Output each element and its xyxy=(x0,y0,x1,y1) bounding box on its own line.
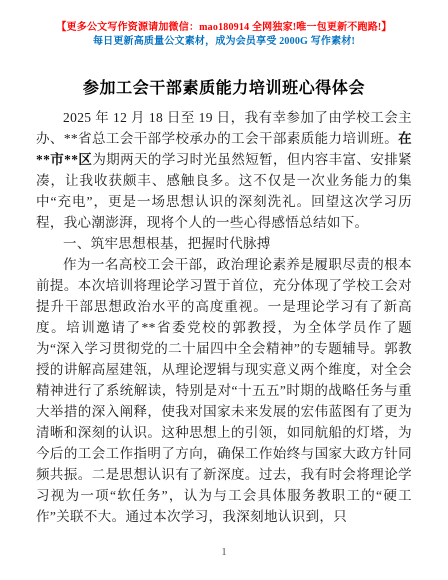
promo-line-blue: 每日更新高质量公文素材，成为会员享受 2000G 写作素材! xyxy=(36,36,412,48)
paragraph-section-1-body: 作为一名高校工会干部，政治理论素养是履职尽责的根本前提。本次培训将理论学习置于首… xyxy=(36,254,412,527)
document-title: 参加工会干部素质能力培训班心得体会 xyxy=(36,78,412,100)
paragraph-intro: 2025 年 12 月 18 日至 19 日，我有幸参加了由学校工会主办、**省… xyxy=(36,107,412,233)
page-number: 1 xyxy=(0,546,448,558)
document-body: 2025 年 12 月 18 日至 19 日，我有幸参加了由学校工会主办、**省… xyxy=(36,107,412,527)
promo-line-red: 【更多公文写作资源请加微信：mao180914 全网独家!唯一包更新不跑路!】 xyxy=(36,22,412,34)
section-1-heading: 一、筑牢思想根基，把握时代脉搏 xyxy=(36,233,412,254)
paragraph-intro-text-end: 为期两天的学习时光虽然短暂，但内容丰富、安排紧凑，让我收获颇丰、感触良多。这不仅… xyxy=(36,152,412,230)
paragraph-intro-text-start: 2025 年 12 月 18 日至 19 日，我有幸参加了由学校工会主办、**省… xyxy=(36,110,412,146)
document-page: 【更多公文写作资源请加微信：mao180914 全网独家!唯一包更新不跑路!】 … xyxy=(0,0,448,580)
promo-banner: 【更多公文写作资源请加微信：mao180914 全网独家!唯一包更新不跑路!】 … xyxy=(36,22,412,48)
